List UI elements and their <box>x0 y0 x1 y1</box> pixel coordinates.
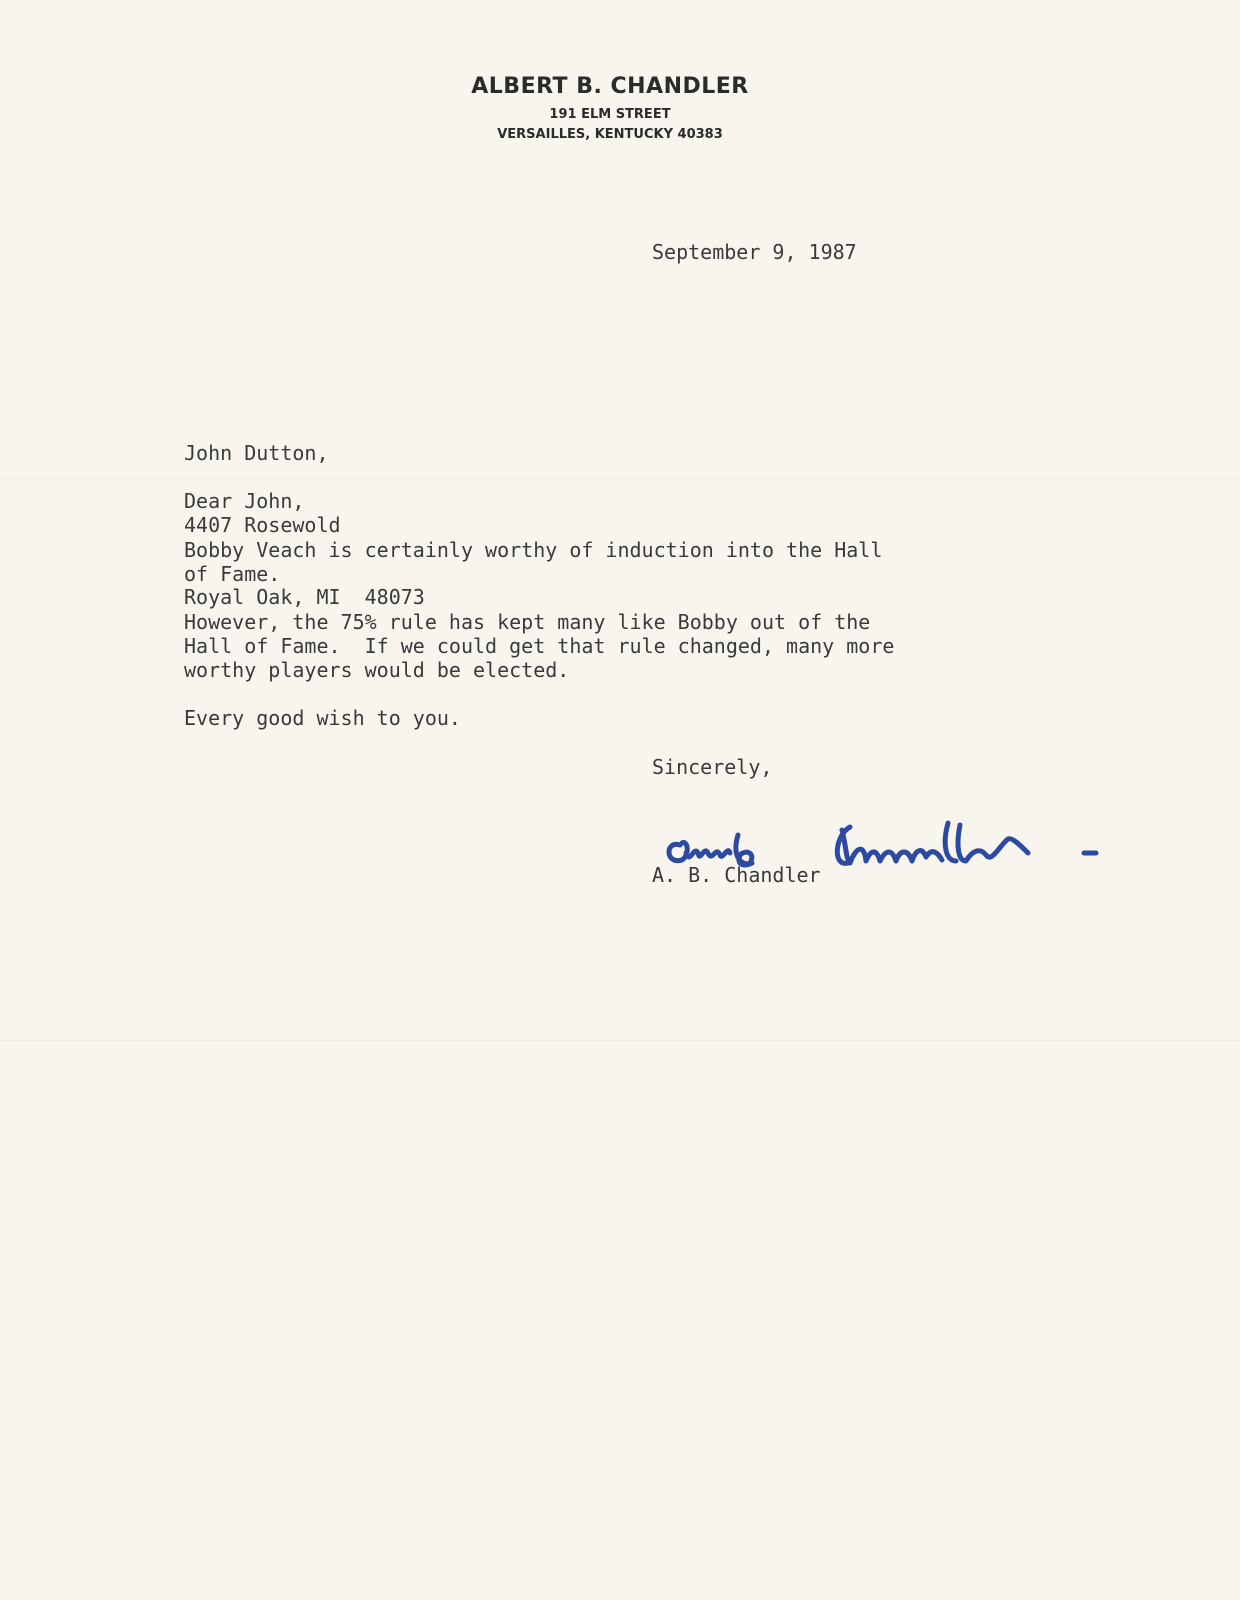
recipient-city: Royal Oak, MI 48073 <box>184 585 425 609</box>
recipient-name: John Dutton, <box>184 441 425 465</box>
letterhead-name: ALBERT B. CHANDLER <box>0 74 1220 99</box>
letterhead: ALBERT B. CHANDLER 191 ELM STREET VERSAI… <box>0 74 1220 145</box>
closing-wish: Every good wish to you. <box>184 706 461 730</box>
body-paragraph-1: Bobby Veach is certainly worthy of induc… <box>184 538 882 586</box>
salutation: Dear John, <box>184 489 304 513</box>
signer-name: A. B. Chandler <box>652 863 821 887</box>
recipient-street: 4407 Rosewold <box>184 513 425 537</box>
letter-date: September 9, 1987 <box>652 240 857 264</box>
letterhead-street: 191 ELM STREET <box>0 105 1220 125</box>
body-paragraph-2: However, the 75% rule has kept many like… <box>184 610 894 682</box>
paper-fold-line <box>0 1040 1240 1042</box>
closing: Sincerely, <box>652 755 772 779</box>
recipient-address: John Dutton, 4407 Rosewold Royal Oak, MI… <box>184 393 425 633</box>
letterhead-city: VERSAILLES, KENTUCKY 40383 <box>0 125 1220 145</box>
